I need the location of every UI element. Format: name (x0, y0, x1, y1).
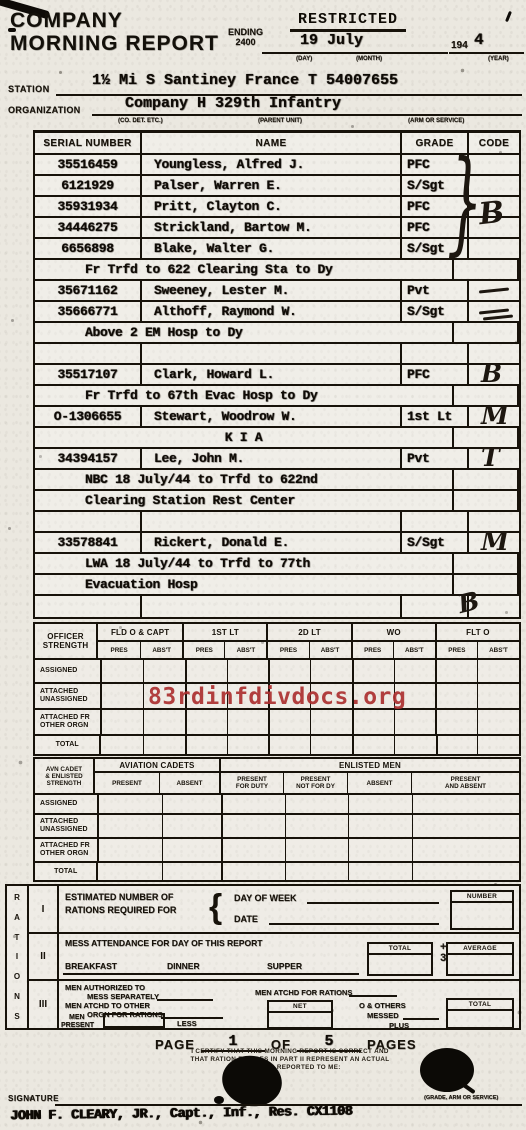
subheader-line: PRES (448, 647, 465, 654)
mess-separately-line (157, 999, 213, 1001)
column-subheader: PRES (435, 642, 477, 658)
data-cell (352, 710, 394, 734)
year-prefix: 194 (451, 40, 468, 51)
form-title-line2: MORNING REPORT (10, 32, 219, 55)
roster-row: 35666771Althoff, Raymond W.S/Sgt (35, 302, 519, 323)
total-box-label: TOTAL (369, 944, 431, 955)
rations-side-label: RATIONS (7, 886, 29, 1028)
column-header-serial: SERIAL NUMBER (35, 133, 140, 153)
organization-line (92, 114, 522, 116)
group-header: ENLISTED MEN (219, 759, 519, 771)
data-cell (143, 736, 185, 754)
subheader-line: PRESENT (112, 780, 142, 787)
strength-title-line: OFFICER (47, 632, 84, 641)
name-cell: Lee, John M. (140, 449, 400, 468)
net-box-label: NET (269, 1002, 331, 1013)
data-cell (477, 684, 519, 708)
estimated-label-1: ESTIMATED NUMBER OF (65, 892, 173, 902)
handwritten-code: M (481, 403, 509, 428)
handwritten-dash (479, 287, 509, 293)
column-subheader: ABSENT (347, 773, 411, 793)
serial-cell: 35516459 (35, 155, 140, 174)
data-cell (348, 795, 411, 813)
serial-cell: 35931934 (35, 197, 140, 216)
present-label: PRESENT (61, 1022, 94, 1029)
row-label: ATTACHEDUNASSIGNED (35, 815, 99, 837)
roster-row: 35671162Sweeney, Lester M.Pvt (35, 281, 519, 302)
morning-report-document: COMPANY MORNING REPORT ENDING 2400 RESTR… (0, 0, 526, 1130)
strength-header-right: FLD O & CAPT1ST LT2D LTWOFLT OPRESABS'TP… (98, 624, 519, 658)
data-cell (268, 660, 310, 682)
column-subheader: PRES (266, 642, 308, 658)
serial-cell: 6121929 (35, 176, 140, 195)
subheader-line: ABSENT (367, 780, 393, 787)
form-title: COMPANY MORNING REPORT (10, 9, 219, 55)
data-cell (185, 736, 227, 754)
name-cell: Althoff, Raymond W. (140, 302, 400, 321)
row-label: TOTAL (35, 863, 98, 880)
roster-row: Fr Trfd to 67th Evac Hosp to Dy (35, 386, 519, 407)
date-value: 19 July (300, 32, 363, 49)
roster-row: 35517107Clark, Howard L.PFCB (35, 365, 519, 386)
rations-letter: R (14, 893, 20, 902)
strength-header-right: AVIATION CADETSENLISTED MENPRESENTABSENT… (95, 759, 519, 793)
men-atchd-for-rations-label: MEN ATCHD FOR RATIONS (255, 988, 352, 997)
data-cell (310, 736, 352, 754)
number-box: NUMBER (450, 890, 514, 930)
o-and-others-label: O & OTHERS (359, 1001, 406, 1010)
atchd-to-other-label-1: MEN ATCHD TO OTHER (65, 1001, 150, 1010)
subheader-line: PRES (364, 647, 381, 654)
data-cell (310, 660, 352, 682)
certification-line-3: COUNT AS REPORTED TO ME: (140, 1064, 440, 1071)
strength-row: ATTACHEDUNASSIGNED (35, 815, 519, 839)
rations-total-box-label: TOTAL (448, 1000, 512, 1011)
rations-main: ESTIMATED NUMBER OF RATIONS REQUIRED FOR… (59, 886, 519, 1028)
code-cell (517, 386, 519, 405)
group-header: FLT O (435, 624, 519, 640)
org-sublabel-3: (ARM OR SERVICE) (408, 118, 464, 124)
name-cell: Stewart, Woodrow W. (140, 407, 400, 426)
rations-letter: S (14, 1012, 19, 1021)
column-subheader: ABS'T (393, 642, 435, 658)
data-cell (268, 736, 310, 754)
data-cell (435, 660, 477, 682)
column-subheader: ABS'T (477, 642, 519, 658)
signature-value: JOHN F. CLEARY, JR., Capt., Inf., Res. C… (10, 1105, 352, 1125)
subheader-line: AND ABSENT (445, 783, 486, 790)
row-label-line: ATTACHED (40, 818, 78, 826)
row-label-line: OTHER ORGN (40, 722, 88, 730)
less-label: LESS (177, 1019, 197, 1028)
roster-row: O-1306655Stewart, Woodrow W.1st LtM (35, 407, 519, 428)
row-label: ATTACHEDUNASSIGNED (35, 684, 102, 708)
strength-title-line: STRENGTH (47, 780, 82, 787)
data-cell (99, 839, 162, 861)
subheader-line: ABS'T (405, 647, 424, 654)
month-label: (MONTH) (356, 56, 382, 62)
data-cell (102, 684, 144, 708)
sub-header-row: PRESENTABSENTPRESENTFOR DUTYPRESENTNOT F… (95, 773, 519, 793)
row-label-line: ASSIGNED (40, 667, 77, 675)
handwritten-code: M (481, 529, 509, 554)
data-cell (435, 684, 477, 708)
row-label-line: TOTAL (54, 868, 77, 876)
column-header-name: NAME (140, 133, 400, 153)
dinner-label: DINNER (167, 961, 200, 971)
grade-service-label: (GRADE, ARM OR SERVICE) (424, 1095, 498, 1101)
messed-line (403, 1018, 439, 1020)
strength-row: TOTAL (35, 863, 519, 880)
rations-section-2: MESS ATTENDANCE FOR DAY OF THIS REPORT B… (59, 934, 519, 981)
date-field-label: DATE (234, 914, 258, 924)
code-cell (467, 281, 519, 300)
row-label-line: TOTAL (56, 741, 79, 749)
roster-note: Above 2 EM Hosp to Dy (35, 323, 452, 342)
serial-cell: 6656898 (35, 239, 140, 258)
station-label: STATION (8, 84, 50, 94)
net-box: NET (267, 1000, 333, 1029)
hole-punch-left-mark (214, 1096, 224, 1104)
code-cell: M (467, 533, 519, 552)
serial-cell (35, 596, 140, 617)
enlisted-strength-table: AVN CADET& ENLISTEDSTRENGTHAVIATION CADE… (33, 757, 521, 882)
subheader-line: PRES (111, 647, 128, 654)
strength-row: ATTACHED FROTHER ORGN (35, 710, 519, 736)
data-cell (394, 660, 436, 682)
data-cell (221, 815, 284, 837)
grade-cell: Pvt (400, 281, 467, 300)
subheader-line: ABS'T (237, 647, 256, 654)
rations-letter: O (14, 972, 20, 981)
roster-row (35, 512, 519, 533)
supper-label: SUPPER (267, 961, 302, 971)
year-label: (YEAR) (488, 56, 509, 62)
mess-attendance-label: MESS ATTENDANCE FOR DAY OF THIS REPORT (65, 938, 262, 948)
plus-label: PLUS (389, 1021, 409, 1030)
name-cell: Palser, Warren E. (140, 176, 400, 195)
rations-section-3: MEN AUTHORIZED TO MESS SEPARATELY MEN AT… (59, 981, 519, 1028)
strength-row: ASSIGNED (35, 795, 519, 815)
roster-note: K I A (35, 428, 452, 447)
section-numeral-2: II (29, 934, 57, 981)
column-subheader: PRESENTAND ABSENT (411, 773, 519, 793)
data-cell (185, 660, 227, 682)
serial-cell: 33578841 (35, 533, 140, 552)
data-cell (99, 815, 162, 837)
data-cell (412, 839, 519, 861)
name-cell (140, 344, 400, 363)
data-cell (102, 660, 144, 682)
row-label: ATTACHED FROTHER ORGN (35, 839, 99, 861)
rations-letter: N (14, 992, 20, 1001)
subheader-line: PRESENT (301, 776, 331, 783)
data-cell (285, 815, 348, 837)
scan-mark-top-right (505, 11, 512, 22)
strength-title-cell: AVN CADET& ENLISTEDSTRENGTH (35, 759, 95, 793)
data-cell (477, 736, 519, 754)
subheader-line: PRES (280, 647, 297, 654)
data-cell (268, 710, 310, 734)
data-cell (435, 710, 477, 734)
subheader-line: PRESENT (451, 776, 481, 783)
column-subheader: ABS'T (309, 642, 351, 658)
code-cell: T (467, 449, 519, 468)
data-cell (162, 863, 222, 880)
men-label: MEN (69, 1014, 85, 1021)
organization-value: Company H 329th Infantry (125, 95, 341, 112)
data-cell (185, 710, 227, 734)
data-cell (227, 660, 269, 682)
column-subheader: ABS'T (140, 642, 182, 658)
men-atchd-line (349, 995, 397, 997)
group-header-row: FLD O & CAPT1ST LT2D LTWOFLT O (98, 624, 519, 642)
grade-cell (400, 344, 467, 363)
day-of-week-line (307, 902, 439, 904)
handwritten-group-code: B (477, 195, 506, 232)
data-cell (285, 839, 348, 861)
rations-total-box: TOTAL (446, 998, 514, 1029)
code-cell (467, 302, 519, 321)
messed-label: MESSED (367, 1011, 399, 1020)
name-cell (140, 512, 400, 531)
total-box: TOTAL (367, 942, 433, 976)
column-subheader: PRESENT (95, 773, 159, 793)
row-label-line: ATTACHED (40, 688, 78, 696)
column-subheader: PRESENTFOR DUTY (219, 773, 283, 793)
name-cell: Pritt, Clayton C. (140, 197, 400, 216)
code-cell (517, 323, 519, 342)
data-cell (477, 660, 519, 682)
roster-note: Clearing Station Rest Center (35, 491, 452, 510)
row-label-line: UNASSIGNED (40, 826, 88, 834)
code-cell: M (467, 407, 519, 426)
code-cell (517, 470, 519, 489)
roster-note: Fr Trfd to 622 Clearing Sta to Dy (35, 260, 452, 279)
subheader-line: ABS'T (152, 647, 171, 654)
ending-value: 2400 (228, 37, 263, 47)
section-numeral-1: I (29, 886, 57, 934)
serial-cell: 35671162 (35, 281, 140, 300)
data-cell (98, 863, 161, 880)
name-cell: Youngless, Alfred J. (140, 155, 400, 174)
data-cell (310, 710, 352, 734)
grade-cell: Pvt (400, 449, 467, 468)
group-header: 1ST LT (182, 624, 266, 640)
name-cell: Clark, Howard L. (140, 365, 400, 384)
group-header-row: AVIATION CADETSENLISTED MEN (95, 759, 519, 773)
name-cell: Rickert, Donald E. (140, 533, 400, 552)
men-present-box (103, 1013, 165, 1028)
data-cell (162, 795, 222, 813)
data-cell (412, 795, 519, 813)
grade-cell: S/Sgt (400, 533, 467, 552)
average-box-label: AVERAGE (448, 944, 512, 955)
date-field-line (269, 923, 439, 925)
data-cell (352, 660, 394, 682)
data-cell (143, 710, 185, 734)
data-cell (436, 736, 478, 754)
serial-cell: 34446275 (35, 218, 140, 237)
org-sublabel-2: (PARENT UNIT) (258, 118, 302, 124)
data-cell (221, 863, 284, 880)
name-cell: Sweeney, Lester M. (140, 281, 400, 300)
rations-section-1: ESTIMATED NUMBER OF RATIONS REQUIRED FOR… (59, 886, 519, 934)
data-cell (394, 736, 436, 754)
strength-title-line: & ENLISTED (45, 773, 82, 780)
data-cell (99, 795, 162, 813)
grade-cell (452, 323, 517, 342)
row-label-line: OTHER ORGN (40, 850, 88, 858)
rations-letter: A (14, 913, 20, 922)
data-cell (412, 815, 519, 837)
data-cell (348, 863, 411, 880)
roster-row: Evacuation Hosp (35, 575, 519, 596)
data-cell (102, 710, 144, 734)
certification-line-1: I CERTIFY THAT THIS MORNING REPORT IS CO… (140, 1048, 440, 1055)
code-cell (517, 554, 519, 573)
serial-cell: 34394157 (35, 449, 140, 468)
code-cell (517, 575, 519, 594)
data-cell (412, 863, 519, 880)
data-cell (227, 736, 269, 754)
data-cell (394, 710, 436, 734)
grade-cell: S/Sgt (400, 302, 467, 321)
name-cell: Blake, Walter G. (140, 239, 400, 258)
row-label: TOTAL (35, 736, 101, 754)
data-cell (221, 839, 284, 861)
data-cell (143, 660, 185, 682)
serial-cell: 35517107 (35, 365, 140, 384)
column-subheader: PRES (351, 642, 393, 658)
data-cell (348, 815, 411, 837)
data-cell (221, 795, 284, 813)
data-cell (352, 736, 394, 754)
row-label: ATTACHED FROTHER ORGN (35, 710, 102, 734)
roster-row: K I A (35, 428, 519, 449)
strength-row: TOTAL (35, 736, 519, 754)
subheader-line: NOT FOR DY (296, 783, 335, 790)
grade-cell (452, 554, 517, 573)
roster-row: 33578841Rickert, Donald E.S/SgtM (35, 533, 519, 554)
data-cell (477, 710, 519, 734)
day-of-week-label: DAY OF WEEK (234, 893, 297, 903)
group-header: 2D LT (266, 624, 350, 640)
code-cell: B (467, 365, 519, 384)
subheader-line: PRES (196, 647, 213, 654)
ending-label: ENDING (228, 27, 263, 37)
mess-separately-label: MESS SEPARATELY (87, 992, 159, 1001)
form-title-line1: COMPANY (10, 9, 219, 32)
name-cell: Strickland, Bartow M. (140, 218, 400, 237)
grade-cell: PFC (400, 365, 467, 384)
row-label-line: ASSIGNED (40, 800, 77, 808)
average-box: AVERAGE (446, 942, 514, 976)
data-cell (162, 815, 222, 837)
roster-row: 34394157Lee, John M.PvtT (35, 449, 519, 470)
handwritten-code: T (481, 445, 500, 470)
men-authorized-label: MEN AUTHORIZED TO (65, 983, 145, 992)
grade-cell (452, 491, 517, 510)
data-cell (285, 795, 348, 813)
date-line (262, 52, 448, 54)
data-cell (285, 863, 348, 880)
subheader-line: ABS'T (489, 647, 508, 654)
code-cell (517, 260, 519, 279)
data-cell (101, 736, 143, 754)
grade-cell (452, 470, 517, 489)
station-value: 1½ Mi S Santiney France T 54007655 (92, 72, 398, 89)
roster-note: Evacuation Hosp (35, 575, 452, 594)
column-subheader: PRES (98, 642, 140, 658)
brace-glyph: { (209, 888, 222, 927)
code-cell (517, 491, 519, 510)
column-subheader: PRES (182, 642, 224, 658)
strength-row: ASSIGNED (35, 660, 519, 684)
rations-letter: I (16, 952, 18, 961)
grade-cell (400, 512, 467, 531)
column-subheader: ABS'T (224, 642, 266, 658)
subheader-line: ABSENT (177, 780, 203, 787)
roster-row: Above 2 EM Hosp to Dy (35, 323, 519, 344)
organization-label: ORGANIZATION (8, 105, 80, 115)
serial-cell (35, 344, 140, 363)
day-label: (DAY) (296, 56, 312, 62)
roster-note: LWA 18 July/44 to Trfd to 77th (35, 554, 452, 573)
data-cell (227, 710, 269, 734)
serial-cell (35, 512, 140, 531)
ending-2400: ENDING 2400 (228, 27, 263, 47)
data-cell (348, 839, 411, 861)
strength-title-cell: OFFICERSTRENGTH (35, 624, 98, 658)
roster-row (35, 344, 519, 365)
data-cell (162, 839, 222, 861)
roster-note: NBC 18 July/44 to Trfd to 622nd (35, 470, 452, 489)
number-box-label: NUMBER (452, 892, 512, 903)
grade-cell: 1st Lt (400, 407, 467, 426)
meals-line (63, 973, 359, 975)
subheader-line: FOR DUTY (236, 783, 268, 790)
classification-stamp: RESTRICTED (290, 11, 406, 32)
row-label-line: ATTACHED FR (40, 714, 90, 722)
rations-numerals: I II III (29, 886, 59, 1028)
group-header: FLD O & CAPT (98, 624, 182, 640)
group-header: WO (351, 624, 435, 640)
serial-cell: O-1306655 (35, 407, 140, 426)
handwritten-dash (479, 308, 509, 314)
row-label: ASSIGNED (35, 660, 102, 682)
roster-row: Clearing Station Rest Center (35, 491, 519, 512)
column-subheader: ABSENT (159, 773, 219, 793)
certification-line-2: THAT RATION FIGURES IN PART II REPRESENT… (140, 1056, 440, 1063)
estimated-label-2: RATIONS REQUIRED FOR (65, 905, 176, 915)
name-cell (140, 596, 400, 617)
strength-title-line: STRENGTH (43, 641, 89, 650)
roster-row: LWA 18 July/44 to Trfd to 77th (35, 554, 519, 575)
year-digit: 4 (474, 31, 484, 49)
serial-cell: 35666771 (35, 302, 140, 321)
row-label-line: ATTACHED FR (40, 842, 90, 850)
row-label: ASSIGNED (35, 795, 99, 813)
row-label-line: UNASSIGNED (40, 696, 88, 704)
sub-header-row: PRESABS'TPRESABS'TPRESABS'TPRESABS'TPRES… (98, 642, 519, 658)
strength-header-block: OFFICERSTRENGTHFLD O & CAPT1ST LT2D LTWO… (35, 624, 519, 660)
group-header: AVIATION CADETS (95, 759, 219, 771)
strength-header-block: AVN CADET& ENLISTEDSTRENGTHAVIATION CADE… (35, 759, 519, 795)
strength-row: ATTACHED FROTHER ORGN (35, 839, 519, 863)
section-numeral-3: III (29, 981, 57, 1028)
subheader-line: PRESENT (237, 776, 267, 783)
